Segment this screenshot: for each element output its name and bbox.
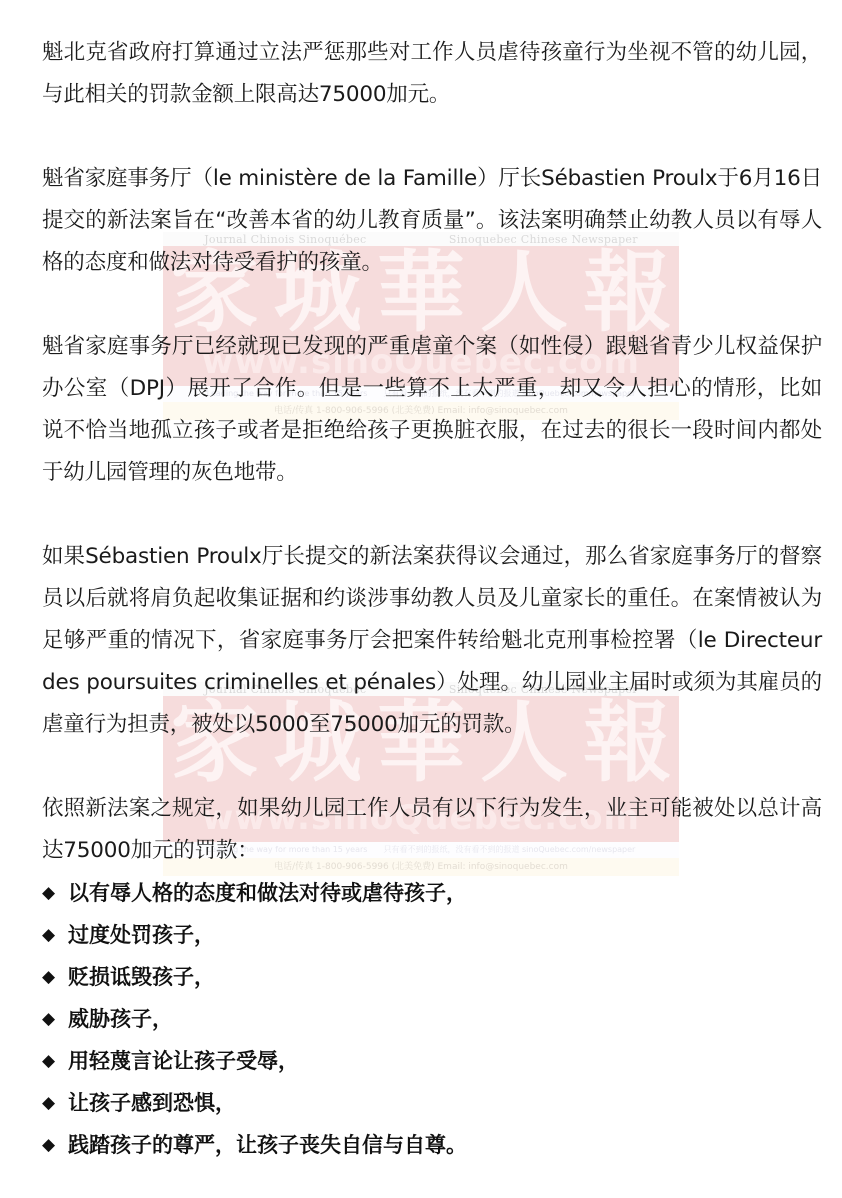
paragraph-dpj-cooperation: 魁省家庭事务厅已经就现已发现的严重虐童个案（如性侵）跟魁省青少儿权益保护办公室（…	[42, 326, 822, 494]
list-item: ◆ 威胁孩子，	[42, 998, 822, 1040]
paragraph-ministry-bill: 魁省家庭事务厅（le ministère de la Famille）厅长Séb…	[42, 158, 822, 284]
article-body: 魁北克省政府打算通过立法严惩那些对工作人员虐待孩童行为坐视不管的幼儿园，与此相关…	[42, 32, 822, 1166]
paragraph-fine-list-intro: 依照新法案之规定，如果幼儿园工作人员有以下行为发生，业主可能被处以总计高达750…	[42, 788, 822, 872]
list-item: ◆ 过度处罚孩子，	[42, 914, 822, 956]
list-item: ◆ 践踏孩子的尊严，让孩子丧失自信与自尊。	[42, 1124, 822, 1166]
list-item-text: 用轻蔑言论让孩子受辱，	[68, 1040, 299, 1082]
list-item: ◆ 让孩子感到恐惧，	[42, 1082, 822, 1124]
diamond-bullet-icon: ◆	[42, 872, 62, 914]
list-item-text: 践踏孩子的尊严，让孩子丧失自信与自尊。	[68, 1124, 467, 1166]
list-item-text: 以有辱人格的态度和做法对待或虐待孩子，	[68, 872, 467, 914]
list-item: ◆ 用轻蔑言论让孩子受辱，	[42, 1040, 822, 1082]
list-item-text: 威胁孩子，	[68, 998, 173, 1040]
diamond-bullet-icon: ◆	[42, 914, 62, 956]
diamond-bullet-icon: ◆	[42, 1082, 62, 1124]
diamond-bullet-icon: ◆	[42, 1040, 62, 1082]
paragraph-intro: 魁北克省政府打算通过立法严惩那些对工作人员虐待孩童行为坐视不管的幼儿园，与此相关…	[42, 32, 822, 116]
list-item-text: 让孩子感到恐惧，	[68, 1082, 236, 1124]
list-item: ◆ 贬损诋毁孩子，	[42, 956, 822, 998]
list-item: ◆ 以有辱人格的态度和做法对待或虐待孩子，	[42, 872, 822, 914]
list-item-text: 过度处罚孩子，	[68, 914, 215, 956]
list-item-text: 贬损诋毁孩子，	[68, 956, 215, 998]
diamond-bullet-icon: ◆	[42, 998, 62, 1040]
diamond-bullet-icon: ◆	[42, 956, 62, 998]
diamond-bullet-icon: ◆	[42, 1124, 62, 1166]
prohibited-behaviors-list: ◆ 以有辱人格的态度和做法对待或虐待孩子， ◆ 过度处罚孩子， ◆ 贬损诋毁孩子…	[42, 872, 822, 1166]
paragraph-inspectors: 如果Sébastien Proulx厅长提交的新法案获得议会通过，那么省家庭事务…	[42, 536, 822, 746]
